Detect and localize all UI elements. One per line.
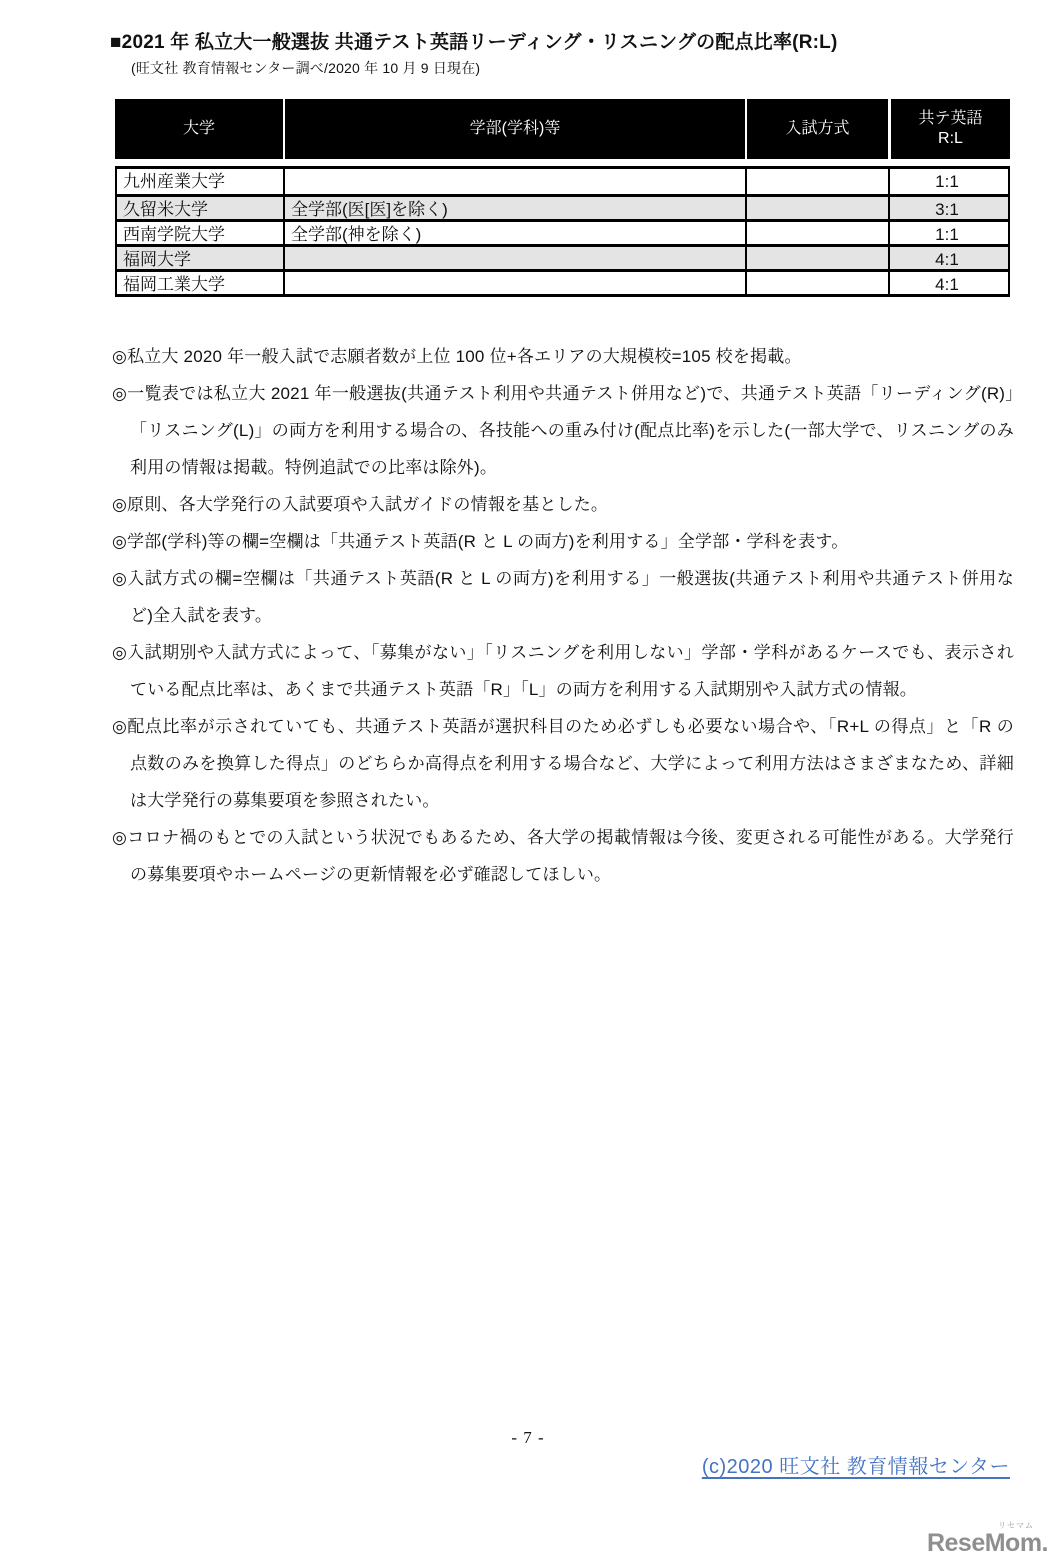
note-item: ◎学部(学科)等の欄=空欄は「共通テスト英語(R と L の両方)を利用する」全… (112, 523, 1014, 560)
table-header-row: 大学 学部(学科)等 入試方式 共テ英語 R:L (115, 99, 1010, 159)
document-page: ■2021 年 私立大一般選抜 共通テスト英語リーディング・リスニングの配点比率… (0, 0, 1056, 1568)
cell-admission-method (745, 197, 888, 219)
cell-university: 福岡大学 (117, 247, 283, 269)
cell-ratio: 1:1 (888, 169, 1008, 194)
note-item: ◎私立大 2020 年一般入試で志願者数が上位 100 位+各エリアの大規模校=… (112, 338, 1014, 375)
copyright-link[interactable]: (c)2020 旺文社 教育情報センター (702, 1450, 1010, 1479)
cell-university: 九州産業大学 (117, 169, 283, 194)
cell-faculty (283, 169, 745, 194)
column-header-admission-method: 入試方式 (745, 99, 888, 159)
cell-ratio: 4:1 (888, 247, 1008, 269)
cell-ratio: 4:1 (888, 272, 1008, 294)
table-row: 福岡工業大学 4:1 (117, 269, 1008, 294)
cell-admission-method (745, 169, 888, 194)
note-item: ◎原則、各大学発行の入試要項や入試ガイドの情報を基とした。 (112, 486, 1014, 523)
note-item: ◎配点比率が示されていても、共通テスト英語が選択科目のため必ずしも必要ない場合や… (112, 708, 1014, 819)
cell-ratio: 3:1 (888, 197, 1008, 219)
note-item: ◎一覧表では私立大 2021 年一般選抜(共通テスト利用や共通テスト併用など)で… (112, 375, 1014, 486)
note-item: ◎入試期別や入試方式によって、「募集がない」「リスニングを利用しない」学部・学科… (112, 634, 1014, 708)
table-row: 西南学院大学 全学部(神を除く) 1:1 (117, 219, 1008, 244)
column-header-ratio: 共テ英語 R:L (888, 99, 1010, 159)
table-row: 九州産業大学 1:1 (117, 169, 1008, 194)
resemom-logo: リセマム ReseMom. (927, 1521, 1048, 1561)
cell-university: 福岡工業大学 (117, 272, 283, 294)
cell-admission-method (745, 272, 888, 294)
page-title: ■2021 年 私立大一般選抜 共通テスト英語リーディング・リスニングの配点比率… (110, 27, 837, 54)
ratio-table: 大学 学部(学科)等 入試方式 共テ英語 R:L 九州産業大学 1:1 久留米大… (115, 99, 1010, 297)
cell-university: 久留米大学 (117, 197, 283, 219)
cell-ratio: 1:1 (888, 222, 1008, 244)
cell-faculty: 全学部(医[医]を除く) (283, 197, 745, 219)
column-header-university: 大学 (115, 99, 283, 159)
table-row: 久留米大学 全学部(医[医]を除く) 3:1 (117, 194, 1008, 219)
note-item: ◎入試方式の欄=空欄は「共通テスト英語(R と L の両方)を利用する」一般選抜… (112, 560, 1014, 634)
note-item: ◎コロナ禍のもとでの入試という状況でもあるため、各大学の掲載情報は今後、変更され… (112, 819, 1014, 893)
table-row: 福岡大学 4:1 (117, 244, 1008, 269)
column-header-faculty: 学部(学科)等 (283, 99, 745, 159)
table-body: 九州産業大学 1:1 久留米大学 全学部(医[医]を除く) 3:1 西南学院大学… (115, 166, 1010, 297)
cell-faculty: 全学部(神を除く) (283, 222, 745, 244)
page-number: - 7 - (0, 1428, 1056, 1448)
cell-faculty (283, 247, 745, 269)
page-subtitle: (旺文社 教育情報センター調べ/2020 年 10 月 9 日現在) (131, 58, 480, 78)
cell-university: 西南学院大学 (117, 222, 283, 244)
cell-admission-method (745, 247, 888, 269)
cell-admission-method (745, 222, 888, 244)
notes-section: ◎私立大 2020 年一般入試で志願者数が上位 100 位+各エリアの大規模校=… (112, 338, 1014, 893)
resemom-logo-text: ReseMom. (927, 1530, 1048, 1556)
cell-faculty (283, 272, 745, 294)
